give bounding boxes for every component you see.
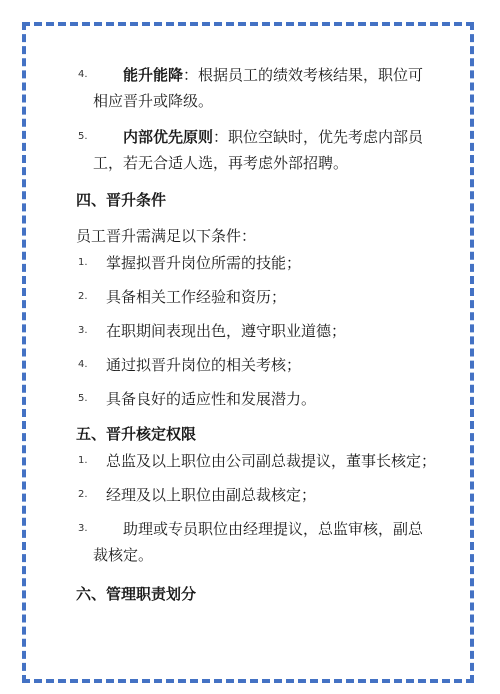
- condition-text: 具备良好的适应性和发展潜力。: [76, 386, 436, 412]
- condition-text: 在职期间表现出色，遵守职业道德；: [76, 318, 436, 344]
- list-number: 4.: [78, 352, 88, 378]
- authority-item-1: 1. 总监及以上职位由公司副总裁提议，董事长核定；: [76, 448, 436, 474]
- principle-title: 内部优先原则: [123, 128, 213, 146]
- condition-text: 具备相关工作经验和资历；: [76, 284, 436, 310]
- authority-text: 总监及以上职位由公司副总裁提议，董事长核定；: [76, 448, 436, 474]
- authority-item-2: 2. 经理及以上职位由副总裁核定；: [76, 482, 436, 508]
- authority-text: 助理或专员职位由经理提议，总监审核，副总裁核定。: [76, 516, 436, 568]
- list-number: 1.: [78, 250, 88, 276]
- list-number: 2.: [78, 284, 88, 310]
- section-heading-management-duties: 六、管理职责划分: [76, 582, 436, 606]
- authority-item-3: 3. 助理或专员职位由经理提议，总监审核，副总裁核定。: [76, 516, 436, 568]
- list-number: 4.: [78, 62, 88, 88]
- list-number: 5.: [78, 386, 88, 412]
- condition-item-3: 3. 在职期间表现出色，遵守职业道德；: [76, 318, 436, 344]
- condition-text: 掌握拟晋升岗位所需的技能；: [76, 250, 436, 276]
- conditions-intro: 员工晋升需满足以下条件：: [76, 224, 436, 248]
- list-number: 5.: [78, 124, 88, 150]
- condition-item-4: 4. 通过拟晋升岗位的相关考核；: [76, 352, 436, 378]
- list-number: 2.: [78, 482, 88, 508]
- principle-title: 能升能降: [123, 66, 183, 84]
- principle-item-5: 5. 内部优先原则：职位空缺时，优先考虑内部员工，若无合适人选，再考虑外部招聘。: [76, 124, 436, 176]
- section-heading-promotion-conditions: 四、晋升条件: [76, 188, 436, 212]
- list-number: 3.: [78, 318, 88, 344]
- document-body: 4. 能升能降：根据员工的绩效考核结果，职位可相应晋升或降级。 5. 内部优先原…: [76, 62, 436, 606]
- section-heading-approval-authority: 五、晋升核定权限: [76, 422, 436, 446]
- authority-text: 经理及以上职位由副总裁核定；: [76, 482, 436, 508]
- condition-item-1: 1. 掌握拟晋升岗位所需的技能；: [76, 250, 436, 276]
- list-number: 3.: [78, 516, 88, 542]
- condition-item-2: 2. 具备相关工作经验和资历；: [76, 284, 436, 310]
- list-number: 1.: [78, 448, 88, 474]
- condition-item-5: 5. 具备良好的适应性和发展潜力。: [76, 386, 436, 412]
- principle-item-4: 4. 能升能降：根据员工的绩效考核结果，职位可相应晋升或降级。: [76, 62, 436, 114]
- condition-text: 通过拟晋升岗位的相关考核；: [76, 352, 436, 378]
